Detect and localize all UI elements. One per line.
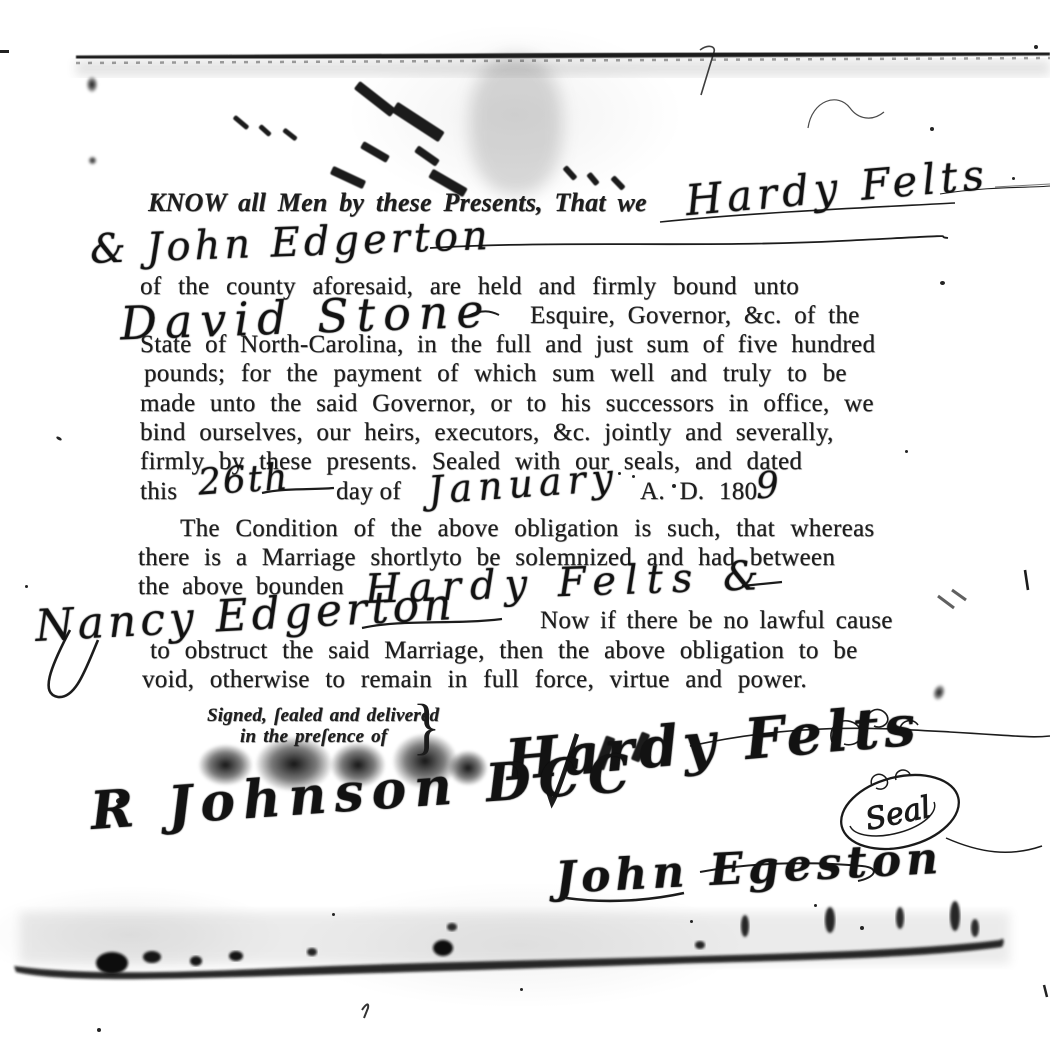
obligation-line-6: bind ourselves, our heirs, executors, &c… bbox=[140, 418, 834, 447]
condition-line-6: void, otherwise to remain in full force,… bbox=[142, 665, 807, 694]
faint-numeral-mark bbox=[562, 165, 577, 181]
obligation-line-3: State of North-Carolina, in the full and… bbox=[140, 330, 875, 359]
obligation-line-4: pounds; for the payment of which sum wel… bbox=[144, 359, 847, 388]
printed-year: A. D. 180 bbox=[640, 477, 757, 506]
date-prefix: this bbox=[140, 477, 177, 506]
ink-blot bbox=[86, 76, 98, 93]
obligation-line-5: made unto the said Governor, or to his s… bbox=[140, 389, 874, 418]
faint-numeral-mark bbox=[258, 124, 272, 137]
bleedthrough-mark bbox=[360, 141, 390, 163]
top-seven-stroke bbox=[700, 46, 714, 95]
handwritten-cosigner-name: & John Edgerton bbox=[89, 213, 492, 273]
felts-hairline bbox=[995, 184, 1050, 187]
top-hairline-curl bbox=[808, 100, 884, 128]
date-middle: day of bbox=[336, 477, 401, 506]
right-streaks bbox=[938, 590, 966, 608]
cosigner-dash bbox=[430, 236, 948, 248]
condition-line-4: Now if there be no lawful cause bbox=[540, 606, 893, 635]
bleedthrough-fuzz bbox=[470, 55, 562, 195]
faint-numeral-mark bbox=[282, 128, 298, 142]
faint-numeral-mark bbox=[232, 115, 249, 130]
signature-second-party: John Egeston bbox=[554, 833, 944, 904]
bleedthrough-mark bbox=[414, 145, 440, 166]
condition-line-1: The Condition of the above obligation is… bbox=[180, 514, 874, 543]
attestation-line-2: in the preſence of bbox=[240, 726, 387, 747]
bleedthrough-mark bbox=[391, 102, 445, 143]
faint-numeral-mark bbox=[586, 172, 600, 187]
seal-label: Seal bbox=[862, 790, 934, 838]
condition-line-5: to obstruct the said Marriage, then the … bbox=[150, 636, 857, 665]
ink-blot bbox=[88, 156, 97, 165]
handwritten-year-digit: 9 bbox=[755, 465, 780, 507]
attestation-brace: } bbox=[412, 690, 441, 762]
bleedthrough-mark bbox=[354, 81, 396, 117]
handwritten-bondsman-name: Hardy Felts bbox=[683, 150, 990, 225]
opening-printed-line: KNOW all Men by these Presents, That we bbox=[148, 188, 647, 217]
bleedthrough-mark bbox=[330, 166, 366, 189]
obligation-line-2: Esquire, Governor, &c. of the bbox=[530, 301, 860, 330]
document-scan: Seal KNOW all bbox=[0, 0, 1050, 1056]
handwritten-day: 26th bbox=[197, 457, 291, 504]
ink-blot bbox=[930, 682, 947, 702]
right-edge-dash bbox=[1025, 570, 1028, 590]
attestation-line-1: Signed, ſealed and delivered bbox=[207, 705, 439, 726]
scan-bottom-edge bbox=[14, 901, 1047, 1018]
